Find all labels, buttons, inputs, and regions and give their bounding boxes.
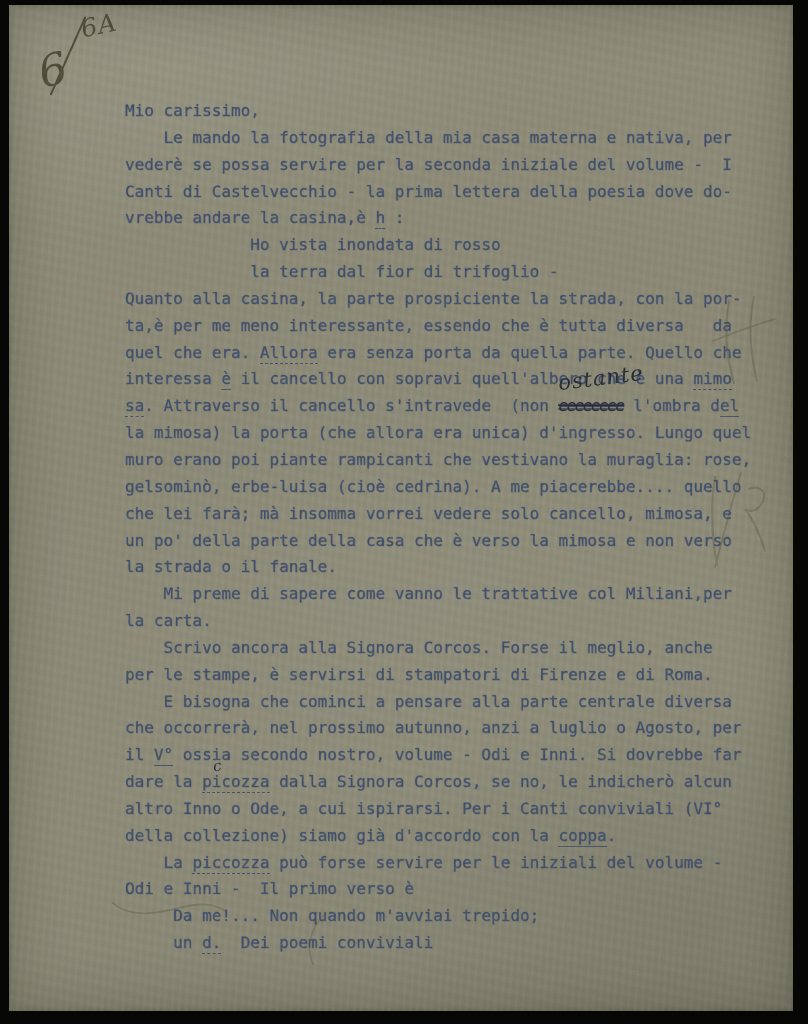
text-segment: . [607,826,617,845]
letter-line: Mi preme di sapere come vanno le trattat… [125,581,785,608]
text-segment: della collezione) siamo già d'accordo co… [125,826,558,845]
letter-line: Canti di Castelvecchio - la prima letter… [125,179,785,206]
scanned-letter-screenshot: { "page": { "paper_color": "#8d8b77", "s… [0,0,808,1024]
letter-line: la mimosa) la porta (che allora era unic… [125,420,785,447]
letter-line: La piccozza può forse servire per le ini… [125,850,785,877]
text-segment: la mimosa) la porta (che allora era unic… [125,423,751,442]
text-segment: Odi e Inni - Il primo verso è [125,879,414,898]
text-segment: ossia secondo nostro, volume - Odi e Inn… [173,745,741,764]
text-segment: era senza porta da quella parte. Quello … [318,343,742,362]
text-segment: il [125,745,154,764]
text-segment: muro erano poi piante rampicanti che ves… [125,450,751,469]
text-segment: Canti di Castelvecchio - la prima letter… [125,182,732,201]
text-segment: sa [125,396,144,417]
text-segment: d. [202,933,221,954]
text-segment: altro Inno o Ode, a cui ispirarsi. Per i… [125,799,722,818]
text-segment: la carta. [125,611,212,630]
letter-line: Da me!... Non quando m'avviai trepido; [125,903,785,930]
text-segment: el [720,396,739,417]
letter-line: Le mando la fotografia della mia casa ma… [125,125,785,152]
text-segment: vrebbe andare la casina,è [125,208,375,227]
text-segment: può forse servire per le iniziali del vo… [270,853,723,872]
letter-line: muro erano poi piante rampicanti che ves… [125,447,785,474]
text-segment: Quanto alla casina, la parte prospicient… [125,289,742,308]
text-segment: un po' della parte della casa che è vers… [125,531,732,550]
letter-line: gelsominò, erbe-luisa (cioè cedrina). A … [125,474,785,501]
text-segment: La [125,853,192,872]
letter-line: un d. Dei poemi conviviali [125,930,785,957]
text-segment: Ho vista inondata di rosso [125,235,501,254]
letter-line: quel che era. Allora era senza porta da … [125,340,785,367]
letter-line: un po' della parte della casa che è vers… [125,528,785,555]
text-segment: dalla Signora Corcos, se no, le indicher… [270,772,732,791]
letter-line: dare la picozza dalla Signora Corcos, se… [125,769,785,796]
letter-line: Ho vista inondata di rosso [125,232,785,259]
text-segment: h [375,208,385,229]
letter-line: la strada o il fanale. [125,554,785,581]
text-segment: picozza [202,772,269,793]
letter-line: la carta. [125,608,785,635]
text-segment: quel che era. [125,343,260,362]
corner-archive-mark: 6 6A [33,7,133,103]
text-segment: Scrivo ancora alla Signora Corcos. Forse… [125,638,713,657]
letter-line: interessa è il cancello con sopravi quel… [125,366,785,393]
text-segment: Allora [260,343,318,364]
text-segment: Da me!... Non quando m'avviai trepido; [125,906,539,925]
letter-line: E bisogna che cominci a pensare alla par… [125,689,785,716]
text-segment: che occorrerà, nel prossimo autunno, anz… [125,718,742,737]
text-segment: la strada o il fanale. [125,557,337,576]
text-segment: dare la [125,772,202,791]
text-segment: che lei farà; mà insomma vorrei vedere s… [125,504,732,523]
letter-line: Mio carissimo, [125,98,785,125]
text-segment: mimo [693,369,732,390]
letter-line: sa. Attraverso il cancello s'intravede (… [125,393,785,420]
letter-page: 6 6A Mio carissimo, Le mando la fotograf… [9,5,793,1011]
letter-line: vederè se possa servire per la seconda i… [125,152,785,179]
letter-line: che lei farà; mà insomma vorrei vedere s… [125,501,785,528]
text-segment: per le stampe, è servirsi di stampatori … [125,665,713,684]
letter-line: Quanto alla casina, la parte prospicient… [125,286,785,313]
text-segment: l'ombra d [624,396,720,415]
text-segment: è [221,369,231,390]
text-segment: Le mando la fotografia della mia casa ma… [125,128,732,147]
text-segment: interessa [125,369,221,388]
text-segment: . Attraverso il cancello s'intravede (no… [144,396,558,415]
letter-body: Mio carissimo, Le mando la fotografia de… [125,98,785,957]
text-segment: Dei poemi conviviali [221,933,433,952]
letter-line: ta,è per me meno interessante, essendo c… [125,313,785,340]
text-segment: piccozza [192,853,269,874]
text-segment: gelsominò, erbe-luisa (cioè cedrina). A … [125,477,742,496]
letter-line: vrebbe andare la casina,è h : [125,205,785,232]
text-segment: vederè se possa servire per la seconda i… [125,155,732,174]
text-segment: V° [154,745,173,766]
text-segment: E bisogna che cominci a pensare alla par… [125,692,732,711]
text-segment: Mi preme di sapere come vanno le trattat… [125,584,732,603]
text-segment: ta,è per me meno interessante, essendo c… [125,316,732,335]
letter-line: della collezione) siamo già d'accordo co… [125,823,785,850]
text-segment: la terra dal fior di trifoglio - [125,262,558,281]
text-segment: coppa [558,826,606,847]
letter-line: altro Inno o Ode, a cui ispirarsi. Per i… [125,796,785,823]
scribbled-out-word: eeeeeeee [558,396,623,415]
letter-line: che occorrerà, nel prossimo autunno, anz… [125,715,785,742]
text-segment: un [125,933,202,952]
letter-line: Odi e Inni - Il primo verso è [125,876,785,903]
text-segment: : [385,208,404,227]
letter-line: il V° ossia secondo nostro, volume - Odi… [125,742,785,769]
text-segment: Mio carissimo, [125,101,260,120]
letter-line: per le stampe, è servirsi di stampatori … [125,662,785,689]
letter-line: Scrivo ancora alla Signora Corcos. Forse… [125,635,785,662]
corner-mark-suffix: 6A [78,8,119,44]
letter-line: la terra dal fior di trifoglio - [125,259,785,286]
